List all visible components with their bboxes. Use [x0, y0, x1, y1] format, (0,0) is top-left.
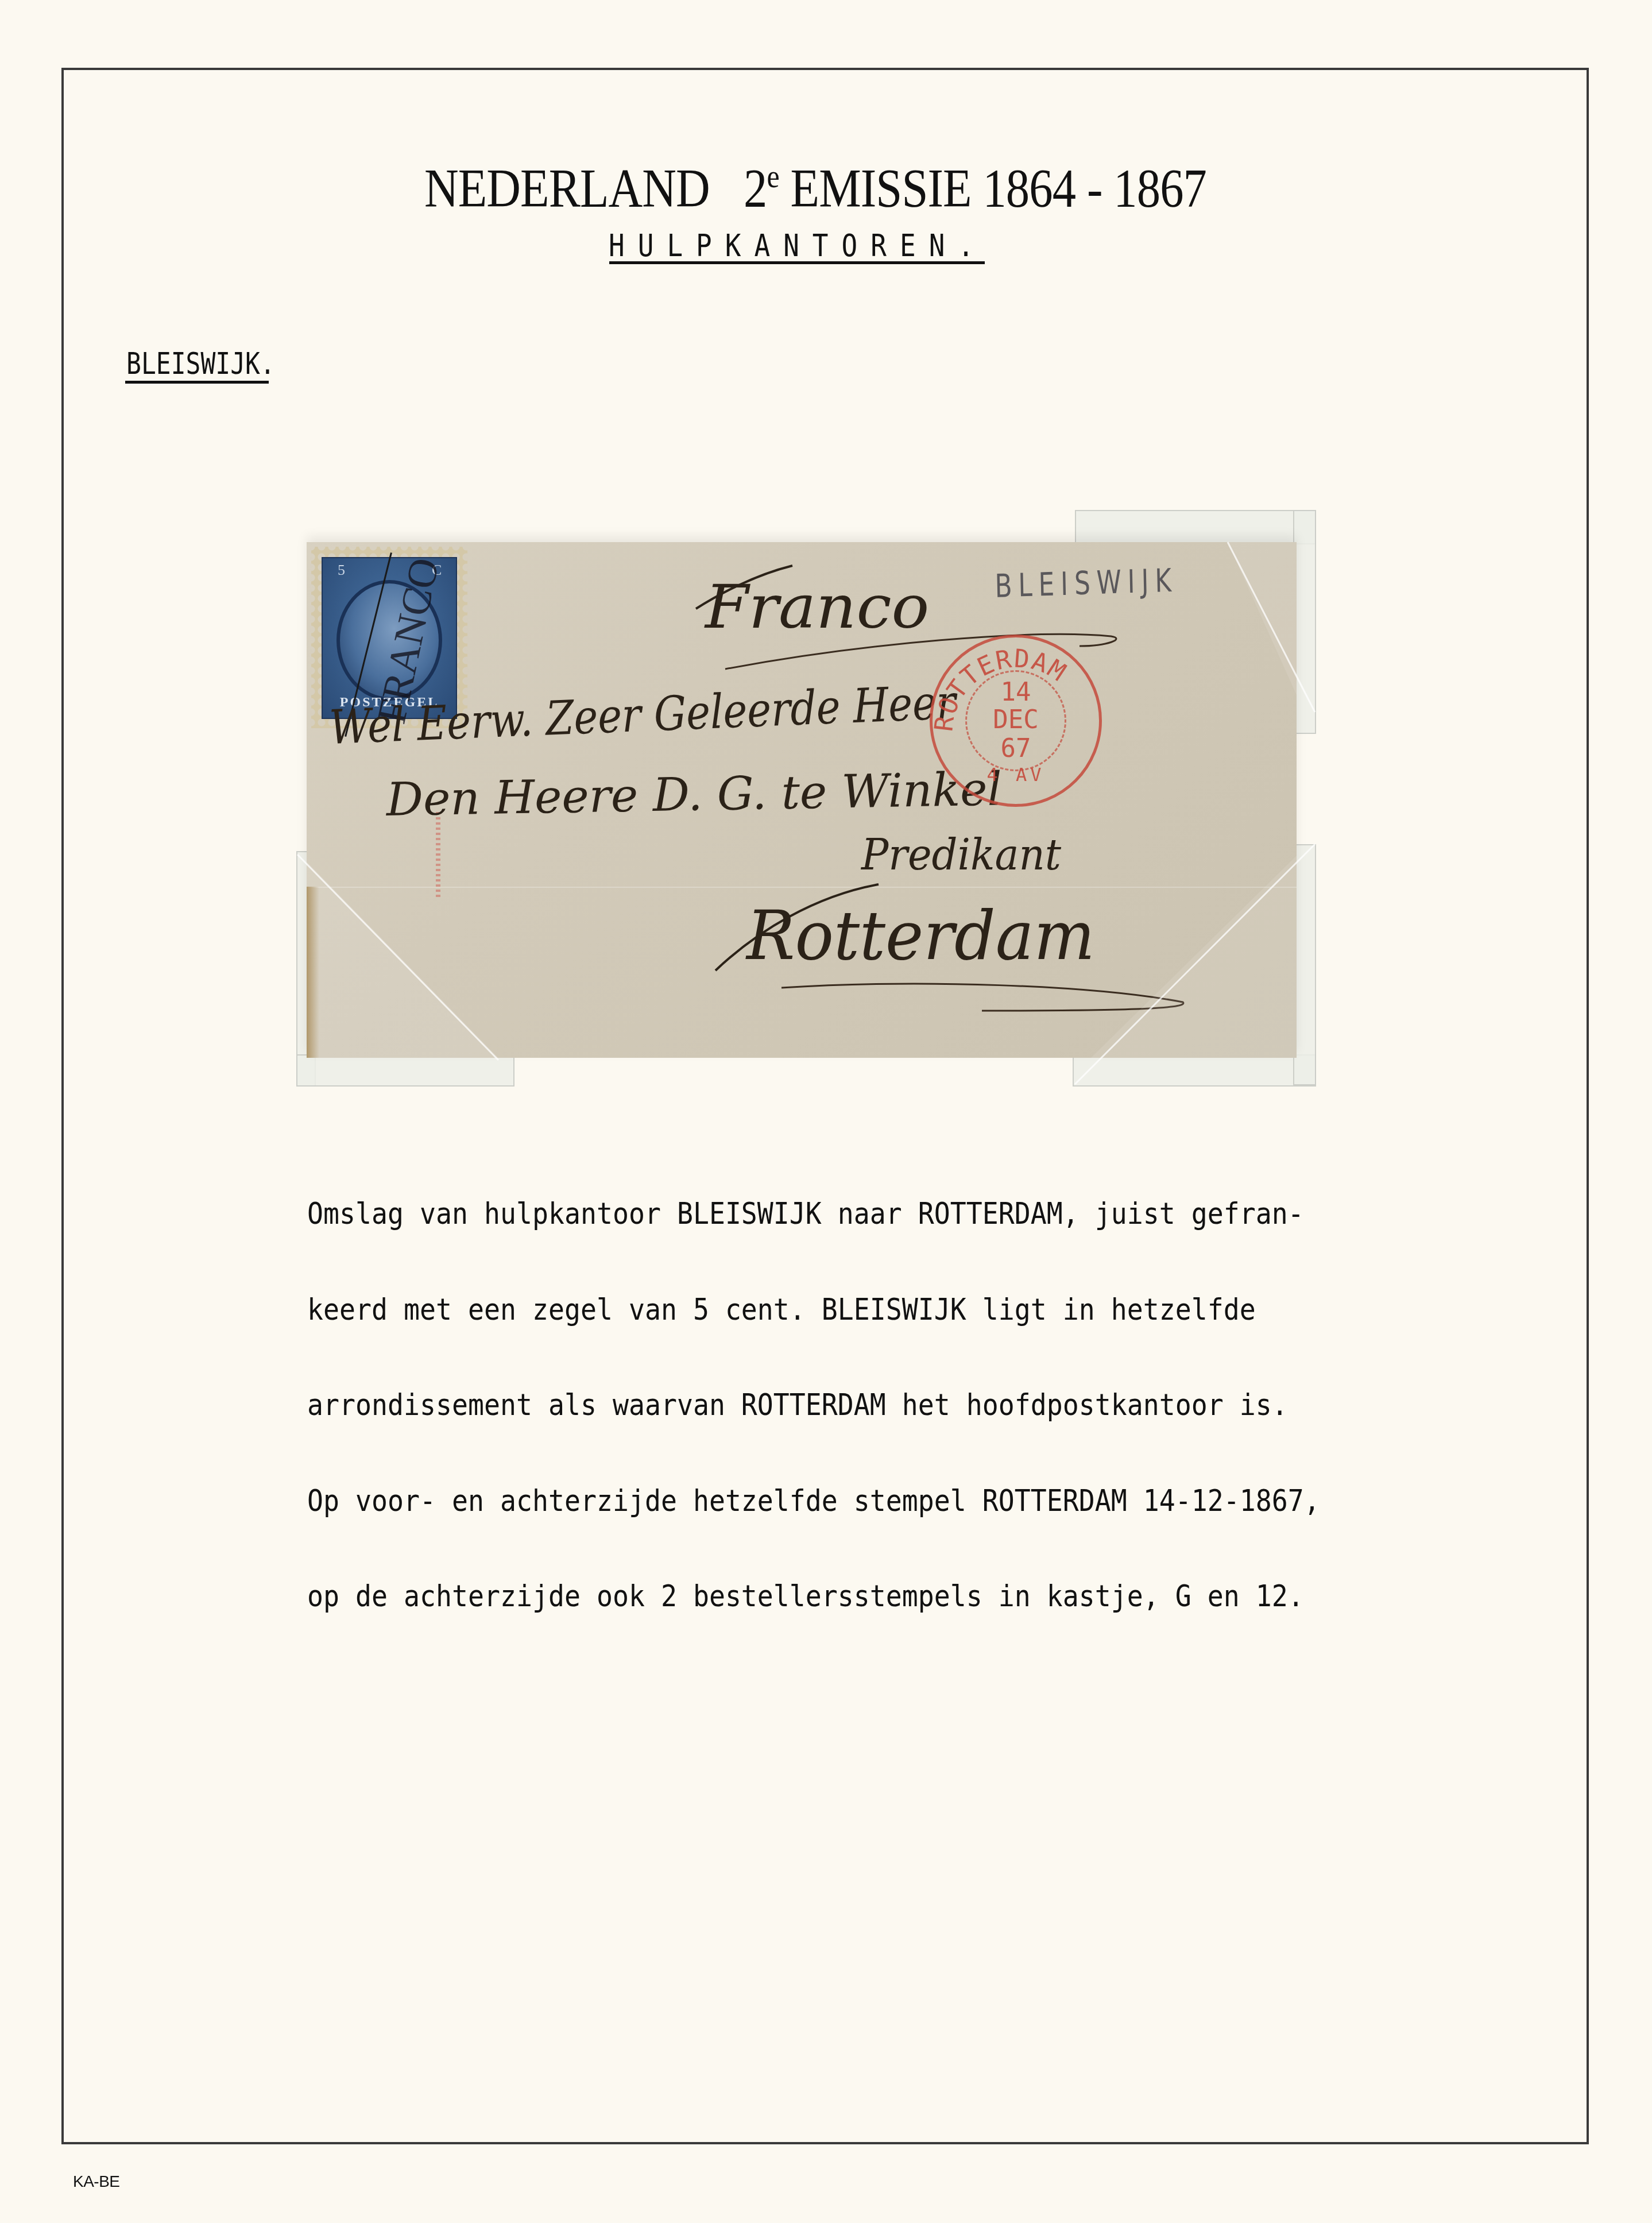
cover-description: Omslag van hulpkantoor BLEISWIJK naar RO…	[307, 1132, 1320, 1642]
mount-corner-edges	[0, 0, 1652, 1103]
album-publisher-code: KA-BE	[73, 2172, 120, 2191]
description-line: Op voor- en achterzijde hetzelfde stempe…	[307, 1483, 1320, 1519]
description-line: op de achterzijde ook 2 bestellersstempe…	[307, 1579, 1320, 1614]
description-line: keerd met een zegel van 5 cent. BLEISWIJ…	[307, 1292, 1320, 1328]
description-line: arrondissement als waarvan ROTTERDAM het…	[307, 1387, 1320, 1423]
description-line: Omslag van hulpkantoor BLEISWIJK naar RO…	[307, 1196, 1320, 1232]
